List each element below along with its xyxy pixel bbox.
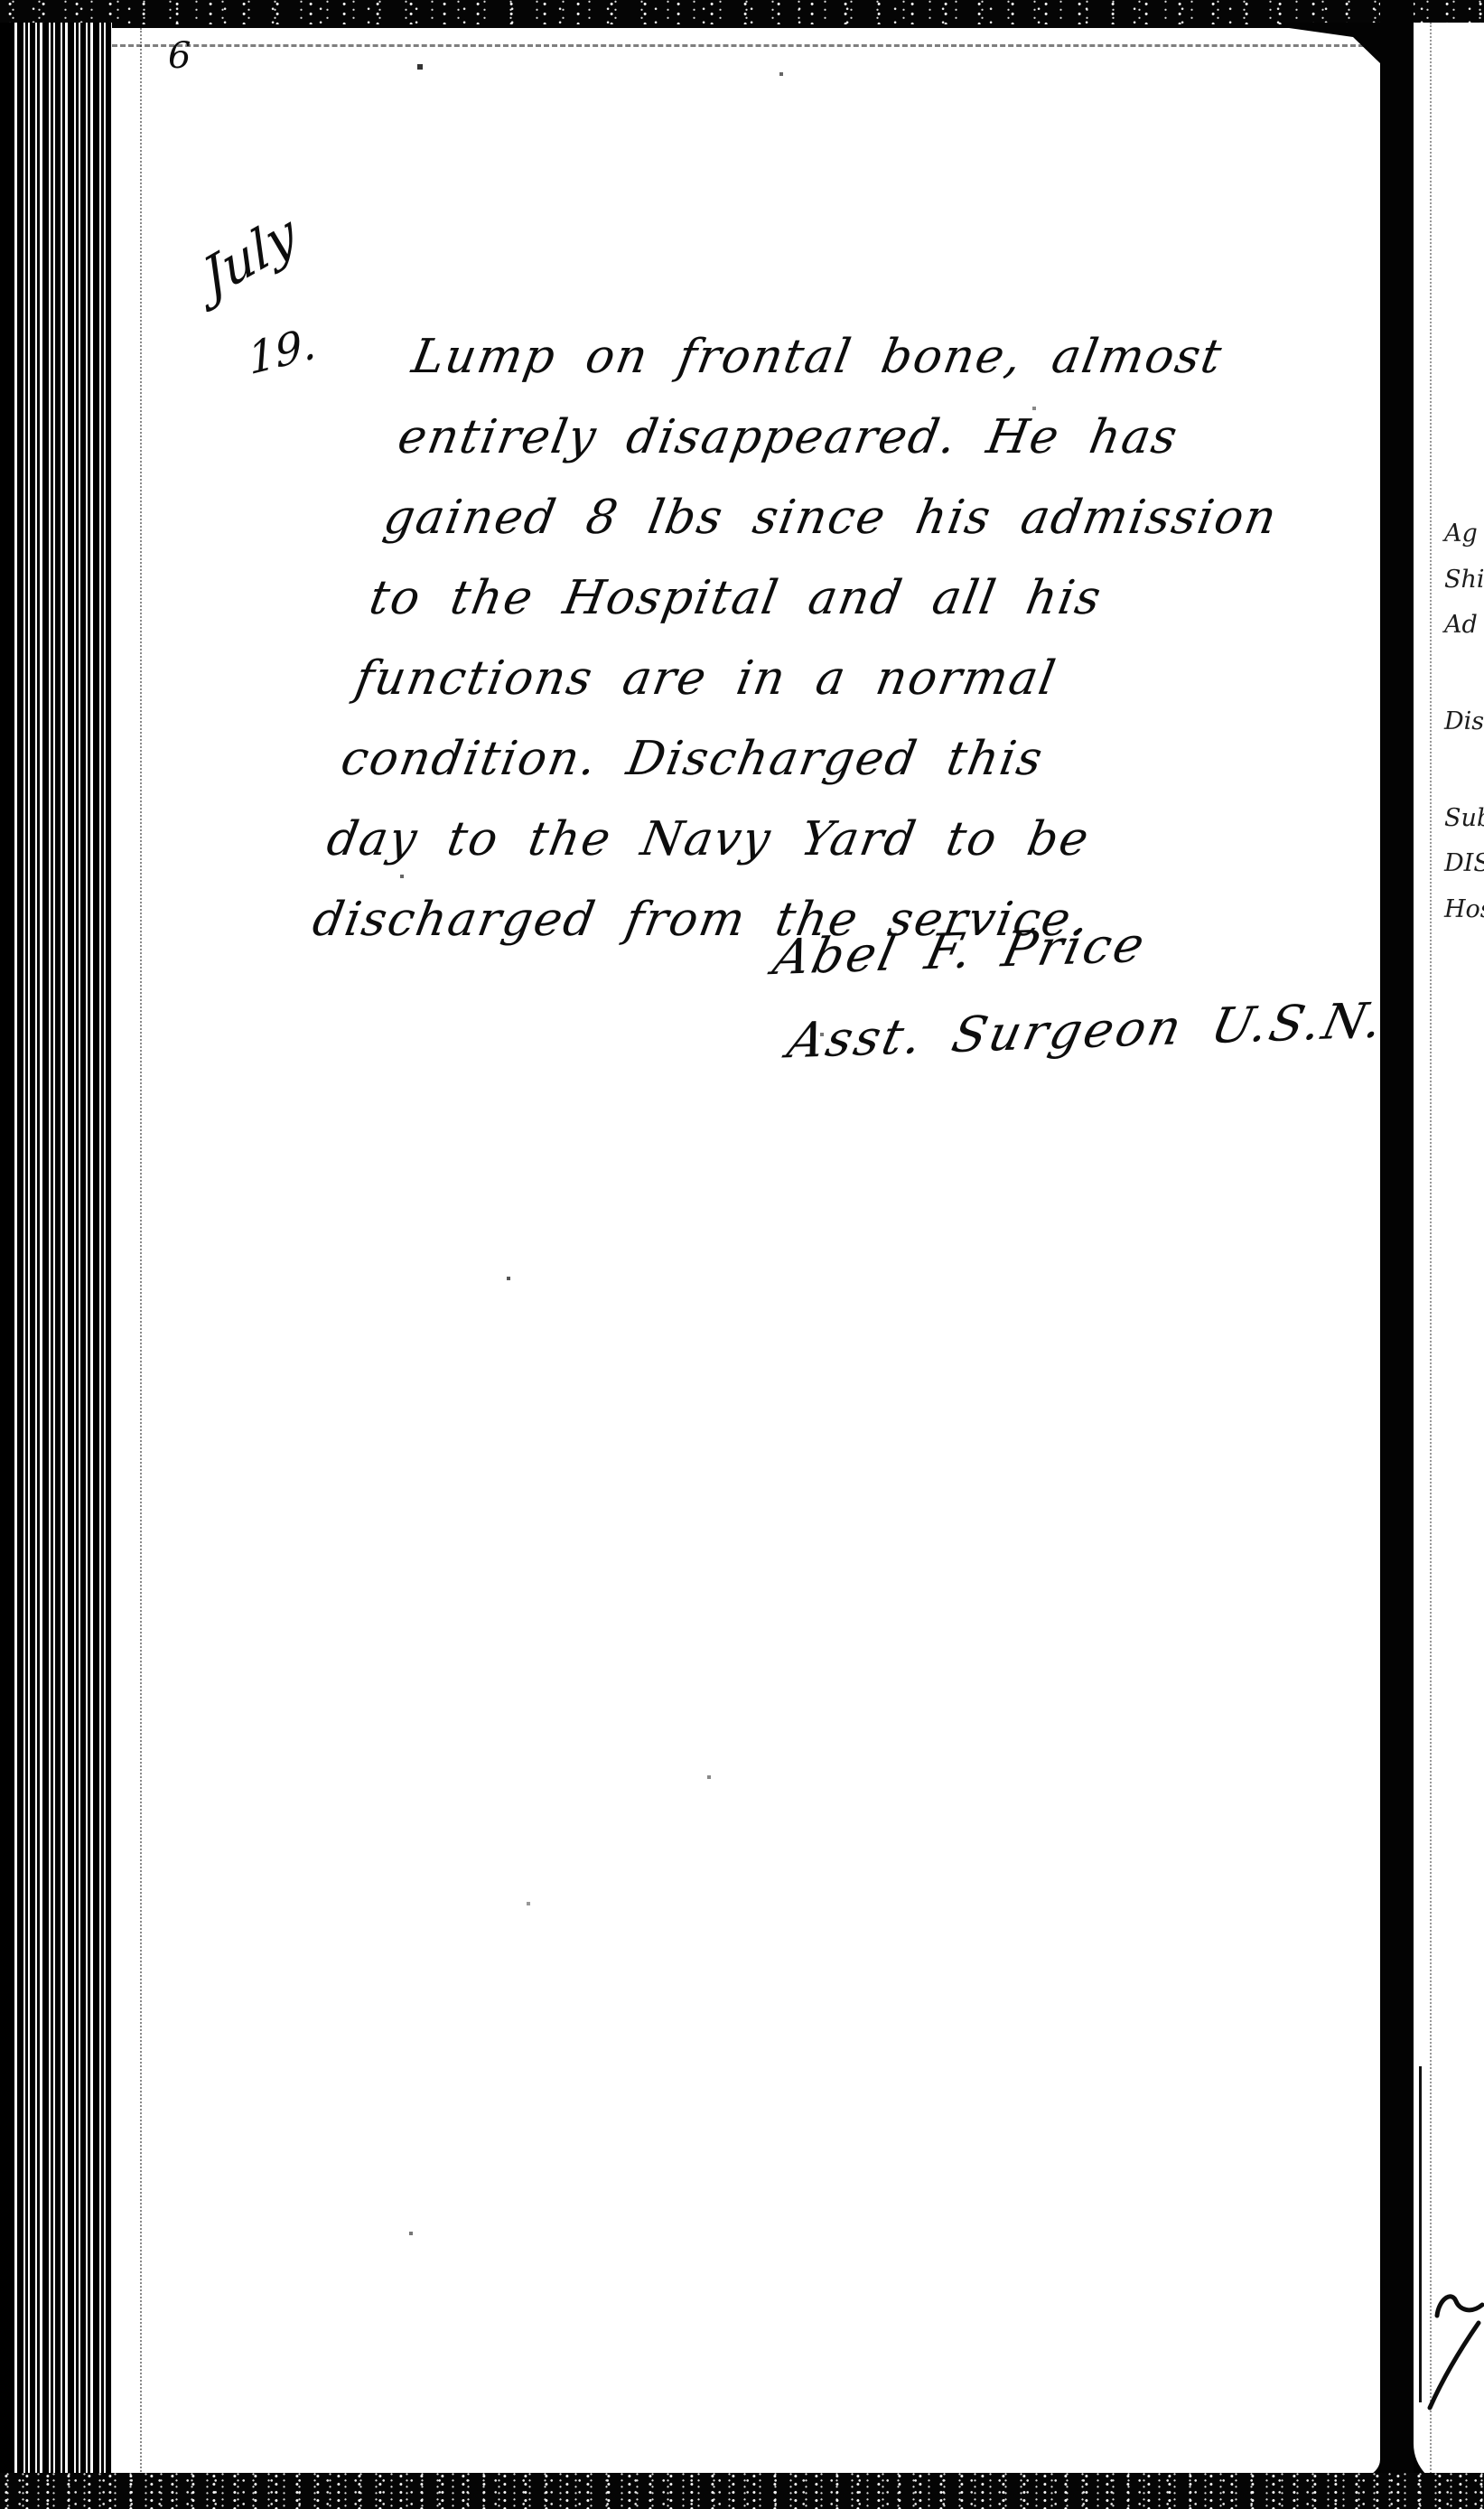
entry-date-month: July xyxy=(196,201,303,311)
entry-line: entirely disappeared. He has xyxy=(391,398,1298,478)
entry-line: gained 8 lbs since his admission xyxy=(378,478,1284,558)
entry-line: day to the Navy Yard to be xyxy=(321,800,1227,880)
next-page-label-fragment: Hos xyxy=(1444,895,1484,923)
entry-body: Lump on frontal bone, almost entirely di… xyxy=(306,317,1312,960)
signature-title: Asst. Surgeon U.S.N. xyxy=(783,992,1391,1070)
page-number: 6 xyxy=(168,35,191,77)
scanned-ledger-photo: 6 July 19. Lump on frontal bone, almost … xyxy=(0,0,1484,2509)
next-page-rule-line xyxy=(1419,2066,1422,2402)
next-page-label-fragment: Ad xyxy=(1444,611,1478,639)
page-top-shadow xyxy=(112,44,1380,47)
scan-bottom-edge xyxy=(0,2473,1484,2509)
entry-line: to the Hospital and all his xyxy=(363,558,1270,639)
margin-rule-line xyxy=(140,28,142,2478)
book-gutter-shadow xyxy=(1380,0,1414,2509)
book-page-edges xyxy=(0,23,112,2480)
next-page-label-fragment: Dis xyxy=(1444,707,1484,735)
signature-name: Abel F. Price xyxy=(769,916,1153,986)
next-page-label-fragment: Sub xyxy=(1444,804,1484,832)
next-page-sliver: Ag Shi Ad Dis Sub DIS Hos xyxy=(1414,23,1484,2487)
next-page-margin-line xyxy=(1430,23,1432,2487)
scan-speckles xyxy=(112,28,114,30)
entry-line: condition. Discharged this xyxy=(335,719,1242,800)
next-page-label-fragment: DIS xyxy=(1444,849,1484,877)
entry-date-day: 19. xyxy=(246,318,318,386)
ledger-left-page: 6 July 19. Lump on frontal bone, almost … xyxy=(112,24,1380,2483)
entry-line: functions are in a normal xyxy=(349,639,1255,719)
scan-top-edge xyxy=(0,0,1484,24)
next-page-label-fragment: Shi xyxy=(1444,566,1484,594)
handwriting-flourish xyxy=(1426,2276,1484,2411)
next-page-label-fragment: Ag xyxy=(1444,520,1478,548)
entry-line: Lump on frontal bone, almost xyxy=(406,317,1312,398)
